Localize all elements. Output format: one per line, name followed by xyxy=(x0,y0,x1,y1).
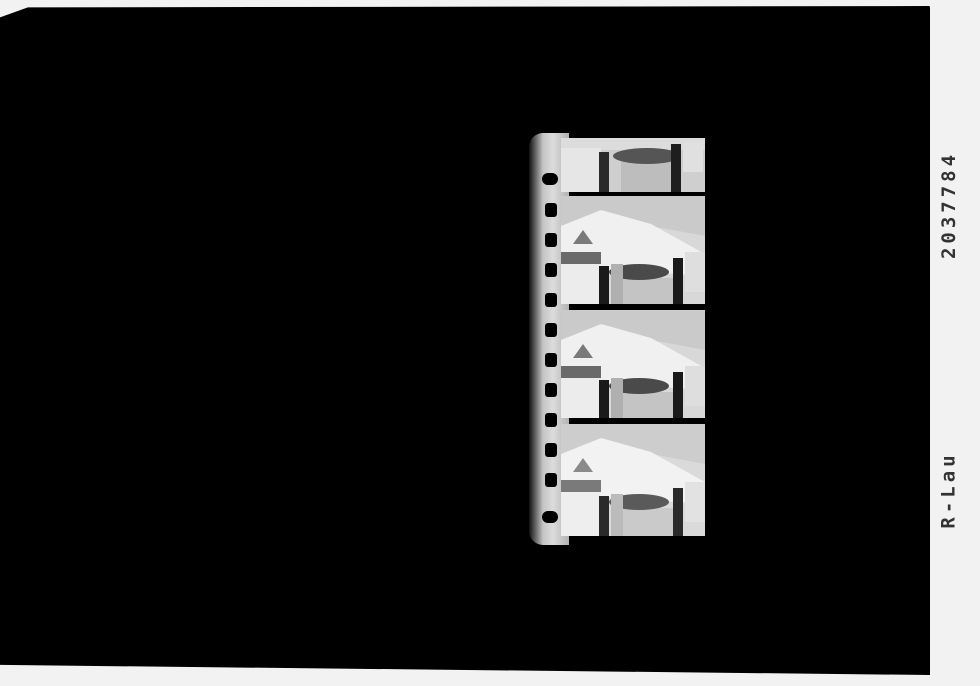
film-frame-2 xyxy=(561,196,705,304)
sprocket-hole xyxy=(545,263,557,277)
sprocket-hole xyxy=(545,443,557,457)
sprocket-hole xyxy=(545,473,557,487)
film-frame-1 xyxy=(561,138,705,192)
collection-name: R-Lau xyxy=(938,451,960,528)
sprocket-hole xyxy=(545,203,557,217)
frame-1-image xyxy=(561,138,705,192)
sprocket-holes xyxy=(541,133,563,545)
sprocket-hole xyxy=(545,293,557,307)
collection-label: R-Lau xyxy=(932,420,966,560)
frame-3-image xyxy=(561,310,705,418)
film-frame-3 xyxy=(561,310,705,418)
sprocket-hole xyxy=(542,173,558,185)
film-frame-4 xyxy=(561,424,705,536)
sprocket-hole xyxy=(545,353,557,367)
film-strip xyxy=(527,133,742,545)
frame-4-image xyxy=(561,424,705,536)
sprocket-hole xyxy=(545,233,557,247)
black-film-sheet xyxy=(0,4,930,675)
archive-number-label: 2037784 xyxy=(932,120,966,290)
sprocket-hole xyxy=(542,511,558,523)
frame-2-image xyxy=(561,196,705,304)
sprocket-hole xyxy=(545,413,557,427)
sprocket-hole xyxy=(545,383,557,397)
archive-number: 2037784 xyxy=(938,151,960,259)
sprocket-hole xyxy=(545,323,557,337)
